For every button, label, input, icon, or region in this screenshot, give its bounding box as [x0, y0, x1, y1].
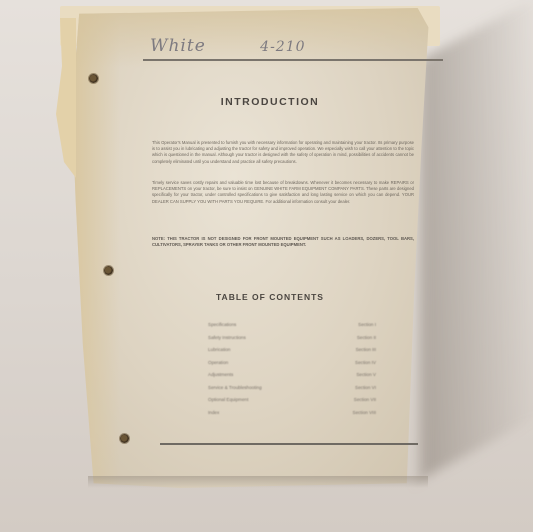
torn-binding-edge — [56, 18, 76, 178]
toc-section: Section VII — [354, 397, 376, 410]
toc-section: Section I — [358, 322, 376, 335]
toc-entry: Service & TroubleshootingSection VI — [208, 385, 376, 398]
toc-label: Operation — [208, 360, 228, 373]
toc-section: Section VIII — [353, 410, 377, 423]
toc-section: Section II — [357, 335, 376, 348]
binding-hole-icon — [89, 74, 98, 83]
binding-hole-icon — [120, 434, 129, 443]
toc-entry: SpecificationsSection I — [208, 322, 376, 335]
toc-label: Specifications — [208, 322, 236, 335]
page-shadow — [420, 0, 533, 480]
toc-section: Section V — [356, 372, 376, 385]
introduction-title: INTRODUCTION — [150, 96, 390, 108]
introduction-paragraph-2: Timely service saves costly repairs and … — [152, 180, 414, 205]
handwritten-note: White 4-210 — [150, 36, 430, 56]
toc-label: Service & Troubleshooting — [208, 385, 262, 398]
toc-title: TABLE OF CONTENTS — [150, 292, 390, 302]
handwritten-model: 4-210 — [260, 39, 305, 55]
toc-section: Section VI — [355, 385, 376, 398]
toc-section: Section III — [356, 347, 376, 360]
toc-entry: LubricationSection III — [208, 347, 376, 360]
binding-hole-icon — [104, 266, 113, 275]
toc-entry: Safety InstructionsSection II — [208, 335, 376, 348]
introduction-note: NOTE: THIS TRACTOR IS NOT DESIGNED FOR F… — [152, 236, 414, 248]
toc-label: Index — [208, 410, 219, 423]
toc-label: Adjustments — [208, 372, 233, 385]
header-rule — [143, 59, 443, 61]
handwritten-brand: White — [150, 36, 206, 56]
toc-entry: AdjustmentsSection V — [208, 372, 376, 385]
table-of-contents: SpecificationsSection I Safety Instructi… — [208, 322, 376, 422]
footer-rule — [160, 443, 418, 445]
toc-entry: OperationSection IV — [208, 360, 376, 373]
toc-entry: Optional EquipmentSection VII — [208, 397, 376, 410]
toc-entry: IndexSection VIII — [208, 410, 376, 423]
toc-section: Section IV — [355, 360, 376, 373]
introduction-paragraph-1: This Operator's Manual is presented to f… — [152, 140, 414, 165]
toc-label: Safety Instructions — [208, 335, 246, 348]
toc-label: Lubrication — [208, 347, 230, 360]
toc-label: Optional Equipment — [208, 397, 248, 410]
bottom-edge-shadow — [88, 476, 428, 488]
